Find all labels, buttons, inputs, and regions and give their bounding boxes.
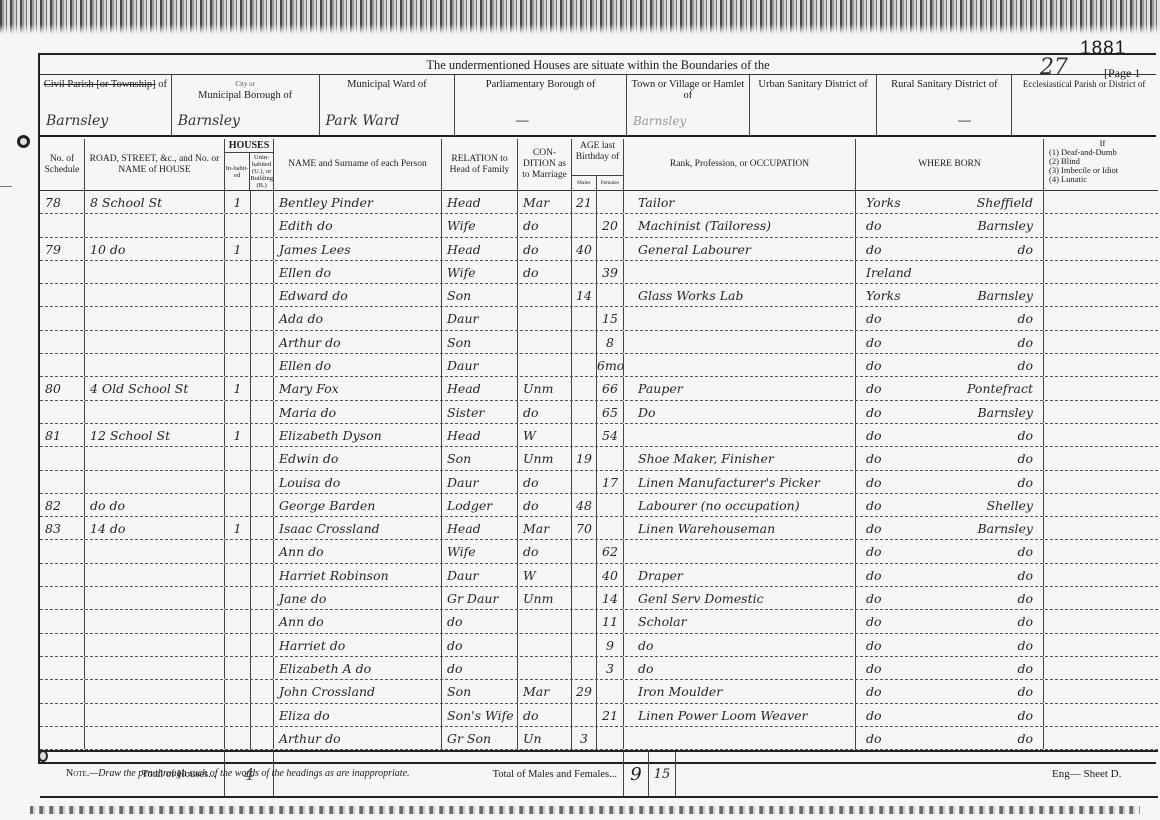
- cell-uninhabited: [251, 540, 274, 562]
- born-county: do: [866, 424, 882, 446]
- cell-schedule: [40, 727, 85, 749]
- born-place: do: [1017, 307, 1033, 329]
- cell-name: Edith do: [274, 214, 442, 236]
- boundary-label: Rural Sanitary District of: [891, 79, 997, 90]
- cell-road: [85, 354, 225, 376]
- cell-schedule: [40, 447, 85, 469]
- born-county: do: [866, 238, 882, 260]
- cell-inhabited: [225, 704, 251, 726]
- boundary-label: Parliamentary Borough of: [486, 79, 596, 90]
- cell-infirmity: [1044, 238, 1158, 260]
- cell-schedule: 81: [40, 424, 85, 446]
- cell-relation: Head: [442, 238, 518, 260]
- cell-infirmity: [1044, 727, 1158, 749]
- cell-road: [85, 587, 225, 609]
- born-place: do: [1017, 238, 1033, 260]
- cell-relation: Wife: [442, 261, 518, 283]
- cell-male-age: 48: [572, 494, 597, 516]
- header-where-born: WHERE BORN: [856, 139, 1044, 190]
- cell-uninhabited: [251, 401, 274, 423]
- born-county: do: [866, 680, 882, 702]
- cell-inhabited: [225, 284, 251, 306]
- born-county: do: [866, 494, 882, 516]
- cell-name: Edwin do: [274, 447, 442, 469]
- born-county: do: [866, 540, 882, 562]
- cell-female-age: [597, 517, 624, 539]
- cell-where-born: dodo: [856, 238, 1044, 260]
- cell-where-born: dodo: [856, 331, 1044, 353]
- cell-name: James Lees: [274, 238, 442, 260]
- cell-occupation: [624, 307, 856, 329]
- boundary-label-insert: City or: [172, 79, 319, 90]
- header-females: Females: [597, 176, 623, 190]
- cell-road: 8 School St: [85, 191, 225, 213]
- table-row: Arthur doGr SonUn3dodo: [40, 727, 1158, 750]
- born-place: do: [1017, 331, 1033, 353]
- cell-infirmity: [1044, 447, 1158, 469]
- cell-road: do do: [85, 494, 225, 516]
- born-county: do: [866, 587, 882, 609]
- cell-inhabited: [225, 331, 251, 353]
- boundary-label: Town or Village or Hamlet of: [631, 79, 744, 101]
- cell-name: Elizabeth A do: [274, 657, 442, 679]
- cell-where-born: YorksSheffield: [856, 191, 1044, 213]
- cell-uninhabited: [251, 354, 274, 376]
- cell-relation: Daur: [442, 307, 518, 329]
- cell-female-age: 9: [597, 634, 624, 656]
- cell-infirmity: [1044, 680, 1158, 702]
- cell-male-age: [572, 331, 597, 353]
- cell-uninhabited: [251, 191, 274, 213]
- cell-male-age: [572, 214, 597, 236]
- cell-where-born: dodo: [856, 680, 1044, 702]
- cell-female-age: [597, 238, 624, 260]
- infirmity-option: (4) Lunatic: [1049, 175, 1087, 184]
- cell-schedule: [40, 471, 85, 493]
- header-schedule: No. of Schedule: [40, 139, 85, 190]
- header-uninhabited: Unin-habited (U.), or Building (B.): [250, 153, 273, 190]
- cell-uninhabited: [251, 494, 274, 516]
- cell-schedule: 79: [40, 238, 85, 260]
- cell-where-born: dodo: [856, 424, 1044, 446]
- cell-condition: [518, 634, 572, 656]
- cell-condition: Mar: [518, 680, 572, 702]
- cell-condition: Un: [518, 727, 572, 749]
- cell-name: Harriet Robinson: [274, 564, 442, 586]
- boundary-value: Barnsley: [46, 116, 108, 127]
- cell-where-born: dodo: [856, 447, 1044, 469]
- cell-female-age: 15: [597, 307, 624, 329]
- cell-occupation: Pauper: [624, 377, 856, 399]
- cell-relation: Head: [442, 424, 518, 446]
- born-county: do: [866, 447, 882, 469]
- table-row: Ellen doDaur6mododo: [40, 354, 1158, 377]
- cell-relation: Head: [442, 517, 518, 539]
- boundaries-title: The undermentioned Houses are situate wi…: [40, 55, 1156, 75]
- cell-name: Isaac Crossland: [274, 517, 442, 539]
- cell-inhabited: [225, 401, 251, 423]
- born-county: do: [866, 634, 882, 656]
- born-county: do: [866, 704, 882, 726]
- cell-inhabited: 1: [225, 517, 251, 539]
- cell-male-age: [572, 424, 597, 446]
- header-road: ROAD, STREET, &c., and No. or NAME of HO…: [85, 139, 225, 190]
- cell-occupation: do: [624, 657, 856, 679]
- cell-where-born: dodo: [856, 307, 1044, 329]
- boundary-municipal-borough: City or Municipal Borough of Barnsley: [172, 75, 320, 135]
- cell-male-age: 40: [572, 238, 597, 260]
- cell-male-age: 19: [572, 447, 597, 469]
- table-row: 7910 do1James LeesHeaddo40General Labour…: [40, 238, 1158, 261]
- cell-relation: Son: [442, 331, 518, 353]
- born-place: do: [1017, 471, 1033, 493]
- cell-name: Ann do: [274, 610, 442, 632]
- cell-uninhabited: [251, 284, 274, 306]
- cell-female-age: 14: [597, 587, 624, 609]
- born-place: do: [1017, 564, 1033, 586]
- cell-female-age: [597, 727, 624, 749]
- cell-male-age: [572, 471, 597, 493]
- cell-uninhabited: [251, 727, 274, 749]
- born-county: do: [866, 401, 882, 423]
- cell-male-age: [572, 587, 597, 609]
- cell-female-age: 11: [597, 610, 624, 632]
- cell-female-age: [597, 680, 624, 702]
- cell-name: Maria do: [274, 401, 442, 423]
- cell-infirmity: [1044, 307, 1158, 329]
- cell-schedule: [40, 564, 85, 586]
- cell-schedule: [40, 261, 85, 283]
- cell-relation: Daur: [442, 564, 518, 586]
- cell-infirmity: [1044, 331, 1158, 353]
- cell-infirmity: [1044, 610, 1158, 632]
- header-males: Males: [572, 176, 597, 190]
- cell-name: Louisa do: [274, 471, 442, 493]
- cell-female-age: 3: [597, 657, 624, 679]
- cell-infirmity: [1044, 540, 1158, 562]
- cell-relation: Daur: [442, 354, 518, 376]
- cell-male-age: 14: [572, 284, 597, 306]
- boundary-value: —: [515, 116, 529, 127]
- cell-infirmity: [1044, 704, 1158, 726]
- cell-occupation: Machinist (Tailoress): [624, 214, 856, 236]
- cell-where-born: doBarnsley: [856, 517, 1044, 539]
- cell-where-born: dodo: [856, 564, 1044, 586]
- cell-road: [85, 331, 225, 353]
- cell-condition: do: [518, 401, 572, 423]
- born-county: do: [866, 377, 882, 399]
- header-name: NAME and Surname of each Person: [274, 139, 442, 190]
- cell-occupation: Draper: [624, 564, 856, 586]
- census-table: No. of Schedule ROAD, STREET, &c., and N…: [40, 139, 1158, 798]
- cell-condition: Unm: [518, 377, 572, 399]
- born-place: do: [1017, 447, 1033, 469]
- header-age-label: AGE last Birthday of: [572, 139, 623, 176]
- cell-uninhabited: [251, 424, 274, 446]
- cell-infirmity: [1044, 424, 1158, 446]
- cell-road: [85, 261, 225, 283]
- cell-inhabited: [225, 727, 251, 749]
- cell-schedule: [40, 587, 85, 609]
- cell-infirmity: [1044, 261, 1158, 283]
- cell-inhabited: [225, 354, 251, 376]
- table-row: 8112 School St1Elizabeth DysonHeadW54dod…: [40, 424, 1158, 447]
- cell-inhabited: [225, 447, 251, 469]
- cell-inhabited: [225, 214, 251, 236]
- cell-occupation: Genl Serv Domestic: [624, 587, 856, 609]
- boundary-rural-sanitary: Rural Sanitary District of —: [877, 75, 1012, 135]
- cell-relation: Sister: [442, 401, 518, 423]
- cell-condition: do: [518, 494, 572, 516]
- boundary-row: Civil Parish [or Township] of Barnsley C…: [40, 75, 1156, 137]
- cell-inhabited: [225, 261, 251, 283]
- cell-infirmity: [1044, 354, 1158, 376]
- born-place: do: [1017, 424, 1033, 446]
- boundary-label: Municipal Borough of: [198, 90, 292, 101]
- cell-road: 10 do: [85, 238, 225, 260]
- cell-where-born: dodo: [856, 634, 1044, 656]
- cell-uninhabited: [251, 377, 274, 399]
- cell-name: Mary Fox: [274, 377, 442, 399]
- cell-condition: [518, 657, 572, 679]
- cell-male-age: 70: [572, 517, 597, 539]
- cell-female-age: 66: [597, 377, 624, 399]
- header-houses: HOUSES In-habit-ed Unin-habited (U.), or…: [225, 139, 274, 190]
- cell-inhabited: 1: [225, 424, 251, 446]
- cell-where-born: dodo: [856, 354, 1044, 376]
- header-infirmity: If (1) Deaf-and-Dumb (2) Blind (3) Imbec…: [1044, 139, 1158, 190]
- cell-uninhabited: [251, 517, 274, 539]
- cell-relation: Son: [442, 680, 518, 702]
- cell-inhabited: [225, 307, 251, 329]
- cell-condition: W: [518, 424, 572, 446]
- cell-inhabited: [225, 610, 251, 632]
- cell-inhabited: [225, 540, 251, 562]
- cell-infirmity: [1044, 214, 1158, 236]
- cell-schedule: [40, 540, 85, 562]
- scan-edge-top: [0, 0, 1160, 34]
- born-place: Shelley: [987, 494, 1033, 516]
- cell-road: [85, 214, 225, 236]
- boundary-value: Barnsley: [633, 116, 686, 127]
- cell-road: [85, 680, 225, 702]
- table-row: John CrosslandSonMar29Iron Moulderdodo: [40, 680, 1158, 703]
- scan-edge-bottom: [30, 806, 1140, 814]
- cell-name: George Barden: [274, 494, 442, 516]
- cell-relation: do: [442, 634, 518, 656]
- table-row: Edward doSon14Glass Works LabYorksBarnsl…: [40, 284, 1158, 307]
- header-relation: RELATION to Head of Family: [442, 139, 518, 190]
- cell-female-age: 39: [597, 261, 624, 283]
- cell-occupation: [624, 354, 856, 376]
- cell-schedule: [40, 657, 85, 679]
- cell-road: [85, 634, 225, 656]
- cell-uninhabited: [251, 331, 274, 353]
- cell-schedule: [40, 610, 85, 632]
- cell-condition: [518, 284, 572, 306]
- cell-name: Ellen do: [274, 261, 442, 283]
- cell-infirmity: [1044, 377, 1158, 399]
- cell-name: Arthur do: [274, 331, 442, 353]
- born-place: do: [1017, 680, 1033, 702]
- cell-road: [85, 727, 225, 749]
- cell-road: [85, 307, 225, 329]
- boundary-label-struck: Civil Parish [or Township]: [44, 79, 156, 90]
- cell-where-born: dodo: [856, 471, 1044, 493]
- cell-female-age: 54: [597, 424, 624, 446]
- cell-name: Harriet do: [274, 634, 442, 656]
- born-county: Yorks: [866, 191, 901, 213]
- table-row: Harriet RobinsonDaurW40Draperdodo: [40, 564, 1158, 587]
- cell-inhabited: [225, 564, 251, 586]
- cell-name: Edward do: [274, 284, 442, 306]
- born-county: do: [866, 727, 882, 749]
- cell-infirmity: [1044, 564, 1158, 586]
- cell-inhabited: 1: [225, 238, 251, 260]
- cell-female-age: 65: [597, 401, 624, 423]
- born-county: Yorks: [866, 284, 901, 306]
- cell-schedule: [40, 284, 85, 306]
- cell-road: [85, 284, 225, 306]
- cell-relation: Gr Daur: [442, 587, 518, 609]
- cell-female-age: 62: [597, 540, 624, 562]
- born-place: do: [1017, 727, 1033, 749]
- cell-where-born: dodo: [856, 727, 1044, 749]
- cell-schedule: [40, 307, 85, 329]
- cell-schedule: [40, 331, 85, 353]
- table-row: Ann doWifedo62dodo: [40, 540, 1158, 563]
- cell-relation: Son: [442, 284, 518, 306]
- born-county: do: [866, 610, 882, 632]
- margin-mark: [0, 186, 12, 187]
- cell-infirmity: [1044, 191, 1158, 213]
- cell-female-age: 21: [597, 704, 624, 726]
- cell-inhabited: [225, 634, 251, 656]
- cell-relation: do: [442, 610, 518, 632]
- cell-road: [85, 471, 225, 493]
- cell-relation: Head: [442, 191, 518, 213]
- cell-condition: do: [518, 540, 572, 562]
- born-county: do: [866, 517, 882, 539]
- table-row: Edwin doSonUnm19Shoe Maker, Finisherdodo: [40, 447, 1158, 470]
- table-row: 8314 do1Isaac CrosslandHeadMar70Linen Wa…: [40, 517, 1158, 540]
- cell-female-age: 8: [597, 331, 624, 353]
- boundary-town-village: Town or Village or Hamlet of Barnsley: [627, 75, 750, 135]
- cell-occupation: [624, 727, 856, 749]
- cell-condition: Mar: [518, 191, 572, 213]
- cell-male-age: [572, 657, 597, 679]
- cell-relation: Head: [442, 377, 518, 399]
- cell-uninhabited: [251, 680, 274, 702]
- cell-road: [85, 704, 225, 726]
- cell-relation: Wife: [442, 540, 518, 562]
- cell-occupation: Glass Works Lab: [624, 284, 856, 306]
- born-county: do: [866, 214, 882, 236]
- cell-condition: do: [518, 238, 572, 260]
- cell-schedule: 80: [40, 377, 85, 399]
- cell-occupation: Do: [624, 401, 856, 423]
- boundary-civil-parish: Civil Parish [or Township] of Barnsley: [40, 75, 172, 135]
- cell-occupation: Shoe Maker, Finisher: [624, 447, 856, 469]
- cell-schedule: 83: [40, 517, 85, 539]
- cell-inhabited: 1: [225, 377, 251, 399]
- cell-inhabited: [225, 657, 251, 679]
- boundary-label: of: [156, 79, 167, 90]
- cell-infirmity: [1044, 284, 1158, 306]
- born-place: Barnsley: [977, 214, 1033, 236]
- cell-occupation: Tailor: [624, 191, 856, 213]
- cell-name: Bentley Pinder: [274, 191, 442, 213]
- cell-road: 12 School St: [85, 424, 225, 446]
- table-row: Harriet dodo9dododo: [40, 634, 1158, 657]
- binding-hole-icon: [17, 135, 30, 148]
- cell-schedule: [40, 704, 85, 726]
- cell-occupation: General Labourer: [624, 238, 856, 260]
- cell-name: Jane do: [274, 587, 442, 609]
- boundary-label: Urban Sanitary District of: [758, 79, 867, 90]
- cell-male-age: [572, 634, 597, 656]
- born-county: do: [866, 564, 882, 586]
- cell-infirmity: [1044, 587, 1158, 609]
- cell-uninhabited: [251, 471, 274, 493]
- cell-uninhabited: [251, 214, 274, 236]
- cell-infirmity: [1044, 401, 1158, 423]
- header-occupation: Rank, Profession, or OCCUPATION: [624, 139, 856, 190]
- boundary-municipal-ward: Municipal Ward of Park Ward: [320, 75, 456, 135]
- boundary-label: Ecclesiastical Parish or District of: [1023, 79, 1145, 89]
- born-place: do: [1017, 634, 1033, 656]
- header-age: AGE last Birthday of Males Females: [572, 139, 624, 190]
- table-row: Arthur doSon8dodo: [40, 331, 1158, 354]
- cell-male-age: 29: [572, 680, 597, 702]
- cell-female-age: [597, 191, 624, 213]
- header-inhabited: In-habit-ed: [225, 153, 250, 190]
- cell-infirmity: [1044, 657, 1158, 679]
- boundary-parliamentary-borough: Parliamentary Borough of —: [455, 75, 627, 135]
- cell-road: [85, 657, 225, 679]
- cell-occupation: Linen Warehouseman: [624, 517, 856, 539]
- cell-road: [85, 401, 225, 423]
- cell-occupation: [624, 424, 856, 446]
- cell-road: [85, 610, 225, 632]
- cell-where-born: doBarnsley: [856, 401, 1044, 423]
- cell-relation: Son: [442, 447, 518, 469]
- header-houses-label: HOUSES: [225, 139, 273, 153]
- cell-schedule: 78: [40, 191, 85, 213]
- born-county: do: [866, 471, 882, 493]
- cell-uninhabited: [251, 704, 274, 726]
- boundary-value: —: [957, 116, 971, 127]
- cell-female-age: 40: [597, 564, 624, 586]
- cell-male-age: [572, 540, 597, 562]
- boundary-label: Municipal Ward of: [347, 79, 426, 90]
- cell-relation: Daur: [442, 471, 518, 493]
- cell-condition: [518, 331, 572, 353]
- cell-female-age: 6mo: [597, 354, 624, 376]
- boundary-value: Barnsley: [178, 116, 240, 127]
- cell-female-age: 20: [597, 214, 624, 236]
- cell-infirmity: [1044, 494, 1158, 516]
- note-prefix: Note.: [66, 768, 89, 779]
- born-county: do: [866, 307, 882, 329]
- total-males: 9: [624, 752, 649, 796]
- cell-relation: Wife: [442, 214, 518, 236]
- cell-male-age: 3: [572, 727, 597, 749]
- table-row: Jane doGr DaurUnm14Genl Serv Domesticdod…: [40, 587, 1158, 610]
- cell-occupation: Linen Power Loom Weaver: [624, 704, 856, 726]
- cell-occupation: Iron Moulder: [624, 680, 856, 702]
- born-place: Barnsley: [977, 284, 1033, 306]
